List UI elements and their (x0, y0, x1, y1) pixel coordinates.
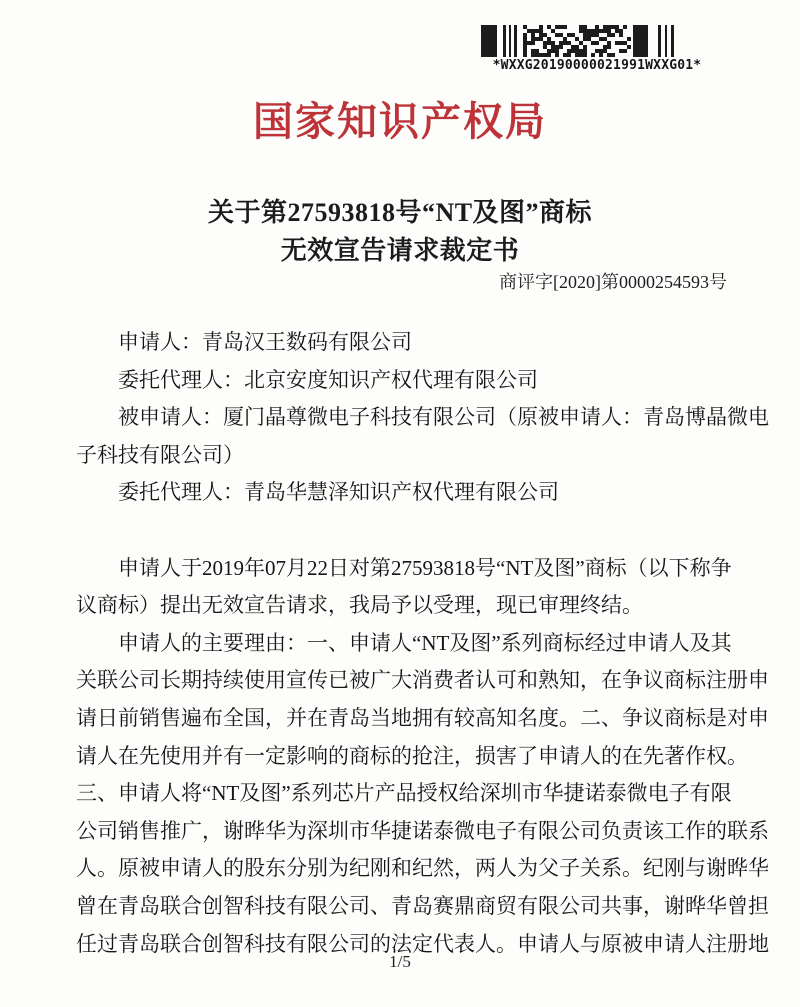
body-line: 请日前销售遍布全国，并在青岛当地拥有较高知名度。二、争议商标是对申 (76, 700, 736, 738)
barcode-image (481, 25, 713, 57)
body-line: 关联公司长期持续使用宣传已被广大消费者认可和熟知，在争议商标注册申 (76, 662, 736, 700)
document-page: *WXXG20190000021991WXXG01* 国家知识产权局 关于第27… (0, 0, 800, 1007)
body-line: 曾在青岛联合创智科技有限公司、青岛赛鼎商贸有限公司共事，谢晔华曾担 (76, 888, 736, 926)
doc-title-line2: 无效宣告请求裁定书 (0, 232, 800, 270)
body-line: 三、申请人将“NT及图”系列芯片产品授权给深圳市华捷诺泰微电子有限 (76, 775, 736, 813)
body-line (76, 512, 736, 550)
body-line: 请人在先使用并有一定影响的商标的抢注，损害了申请人的在先著作权。 (76, 738, 736, 776)
reference-number: 商评字[2020]第0000254593号 (499, 268, 727, 294)
body-line: 委托代理人：北京安度知识产权代理有限公司 (76, 362, 736, 400)
body-line: 子科技有限公司） (76, 437, 736, 475)
body-line: 委托代理人：青岛华慧泽知识产权代理有限公司 (76, 474, 736, 512)
page-number: 1/5 (0, 952, 800, 972)
body-line: 申请人：青岛汉王数码有限公司 (76, 324, 736, 362)
body-line: 被申请人：厦门晶尊微电子科技有限公司（原被申请人：青岛博晶微电 (76, 399, 736, 437)
agency-title: 国家知识产权局 (0, 90, 800, 147)
doc-title: 关于第27593818号“NT及图”商标 无效宣告请求裁定书 (0, 194, 800, 270)
doc-title-line1: 关于第27593818号“NT及图”商标 (0, 194, 800, 232)
body-line: 议商标）提出无效宣告请求，我局予以受理，现已审理终结。 (76, 587, 736, 625)
barcode-text: *WXXG20190000021991WXXG01* (481, 58, 713, 73)
body-line: 公司销售推广，谢晔华为深圳市华捷诺泰微电子有限公司负责该工作的联系 (76, 813, 736, 851)
body-line: 人。原被申请人的股东分别为纪刚和纪然，两人为父子关系。纪刚与谢晔华 (76, 850, 736, 888)
body-text: 申请人：青岛汉王数码有限公司委托代理人：北京安度知识产权代理有限公司被申请人：厦… (76, 324, 736, 963)
body-line: 申请人于2019年07月22日对第27593818号“NT及图”商标（以下称争 (76, 550, 736, 588)
barcode: *WXXG20190000021991WXXG01* (481, 25, 713, 73)
body-line: 申请人的主要理由：一、申请人“NT及图”系列商标经过申请人及其 (76, 625, 736, 663)
